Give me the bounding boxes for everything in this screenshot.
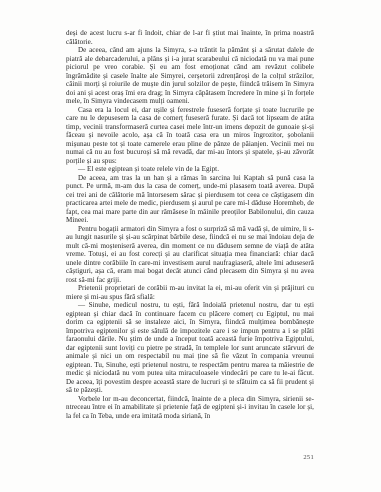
paragraph-dialogue: — Sinuhe, medicul nostru, tu ești, fără … [66,301,314,395]
paragraph: Prietenii proprietari de corăbii m-au in… [66,284,314,301]
paragraph: Pentru bogații armatori din Simyra a fos… [66,225,314,285]
page-number: 251 [66,454,314,461]
paragraph: De aceea, am tras la un han și a rămas î… [66,174,314,225]
paragraph: De aceea, când am ajuns la Simyra, s-a t… [66,46,314,106]
page-text: deși de acest lucru s-ar fi îndoit, chia… [66,29,314,420]
paragraph: deși de acest lucru s-ar fi îndoit, chia… [66,29,314,46]
paragraph-dialogue: — El este egiptean și toate relele vin d… [66,165,314,174]
paragraph: Casa era la locul ei, dar ușile și feres… [66,106,314,166]
book-page: deși de acest lucru s-ar fi îndoit, chia… [0,0,381,492]
paragraph: Vorbele lor m-au deconcertat, fiindcă, î… [66,395,314,421]
